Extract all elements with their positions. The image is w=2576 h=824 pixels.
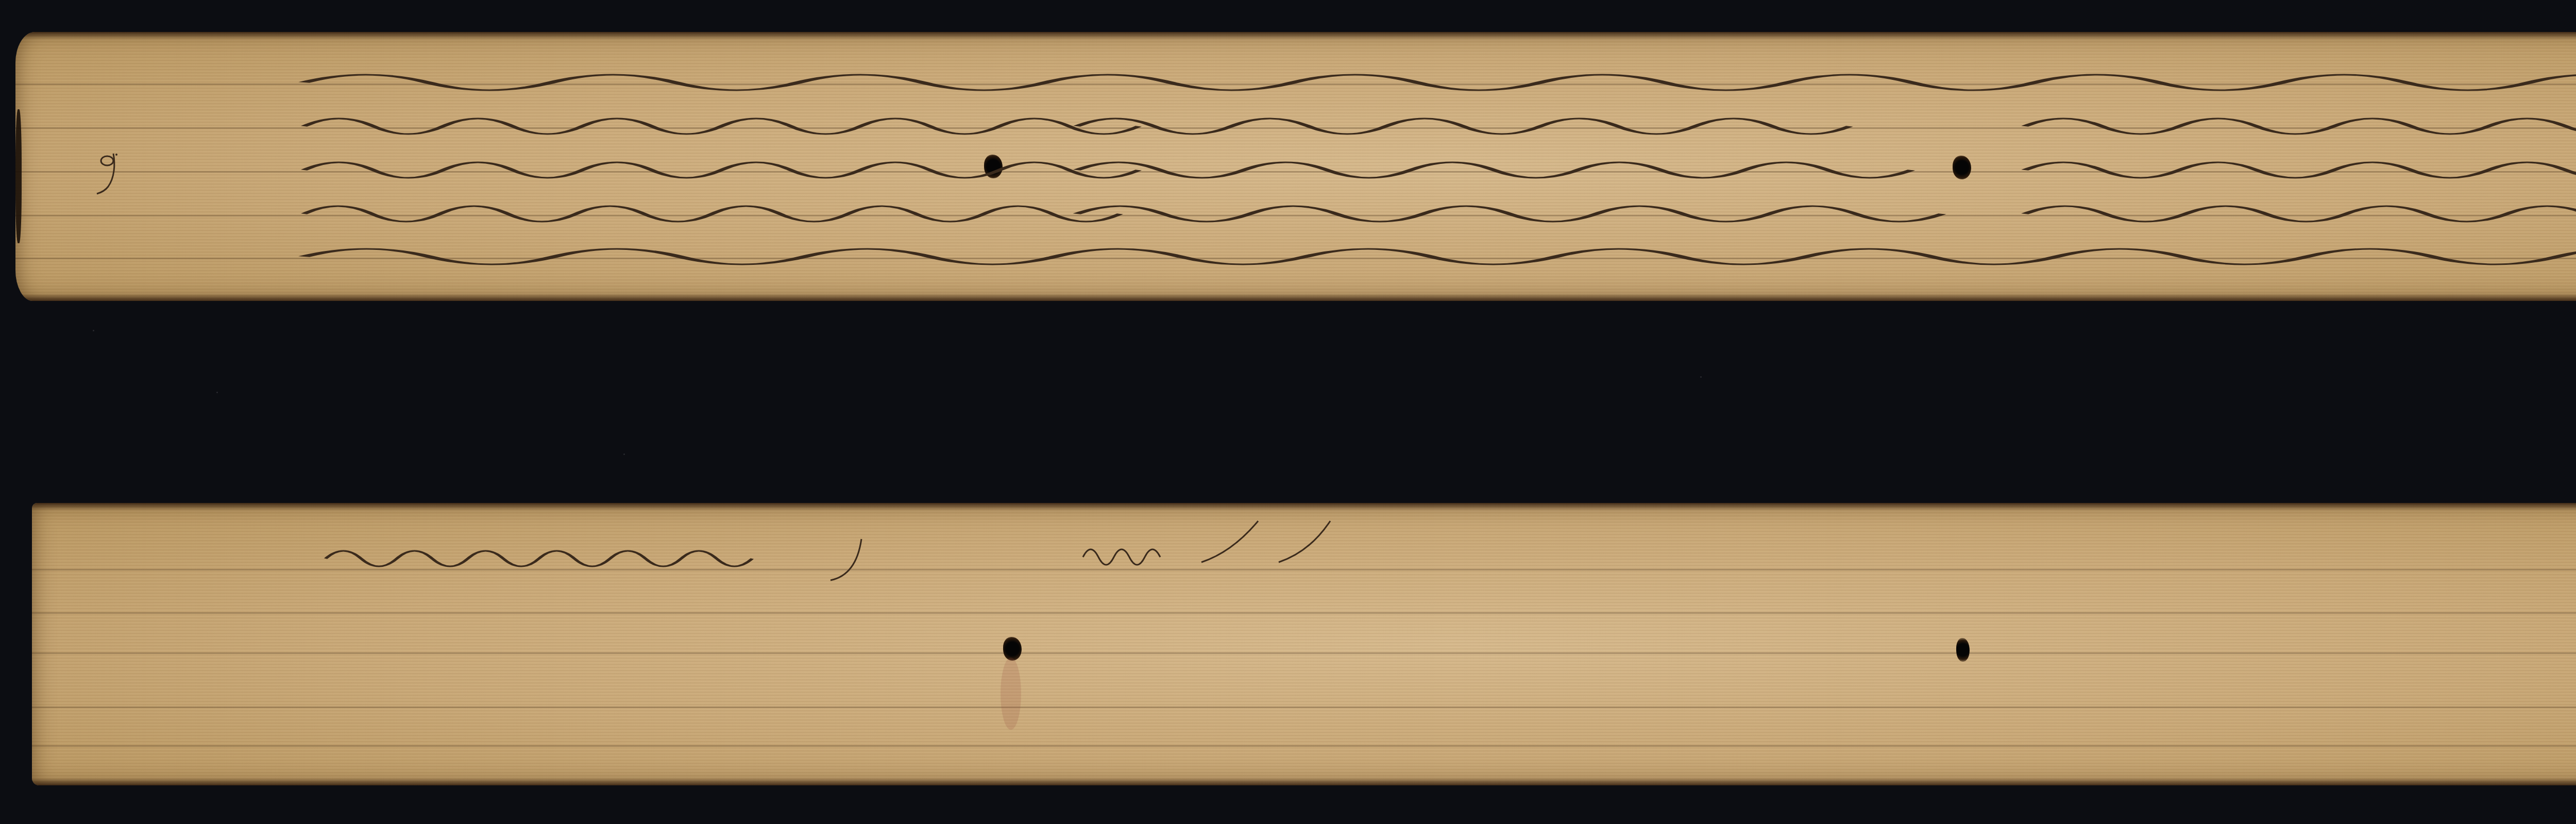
background-speck <box>216 392 218 393</box>
edge-damage <box>15 109 22 243</box>
leaf-edge-wear <box>32 503 2576 510</box>
leaf-edge-wear <box>15 32 2576 39</box>
section-end-flourish <box>1073 516 1341 573</box>
leaf-edge-wear <box>15 294 2576 301</box>
text-line-colophon <box>326 518 1083 575</box>
palm-leaf-bottom <box>32 503 2576 785</box>
background-speck <box>1700 376 1702 378</box>
binding-hole-right <box>1956 638 1970 662</box>
ruling-line <box>32 745 2576 747</box>
palm-leaf-top: ဂုံ <box>15 32 2576 301</box>
background-speck <box>93 330 94 331</box>
ruling-line <box>32 612 2576 614</box>
text-line-5 <box>304 216 2576 273</box>
background-speck <box>623 453 625 455</box>
ruling-line <box>32 652 2576 654</box>
ruling-line <box>32 707 2576 708</box>
leaf-edge-wear <box>32 778 2576 785</box>
leaf-number-glyph <box>93 149 124 201</box>
reddish-stain <box>1001 658 1021 730</box>
binding-hole-left <box>1003 637 1022 661</box>
